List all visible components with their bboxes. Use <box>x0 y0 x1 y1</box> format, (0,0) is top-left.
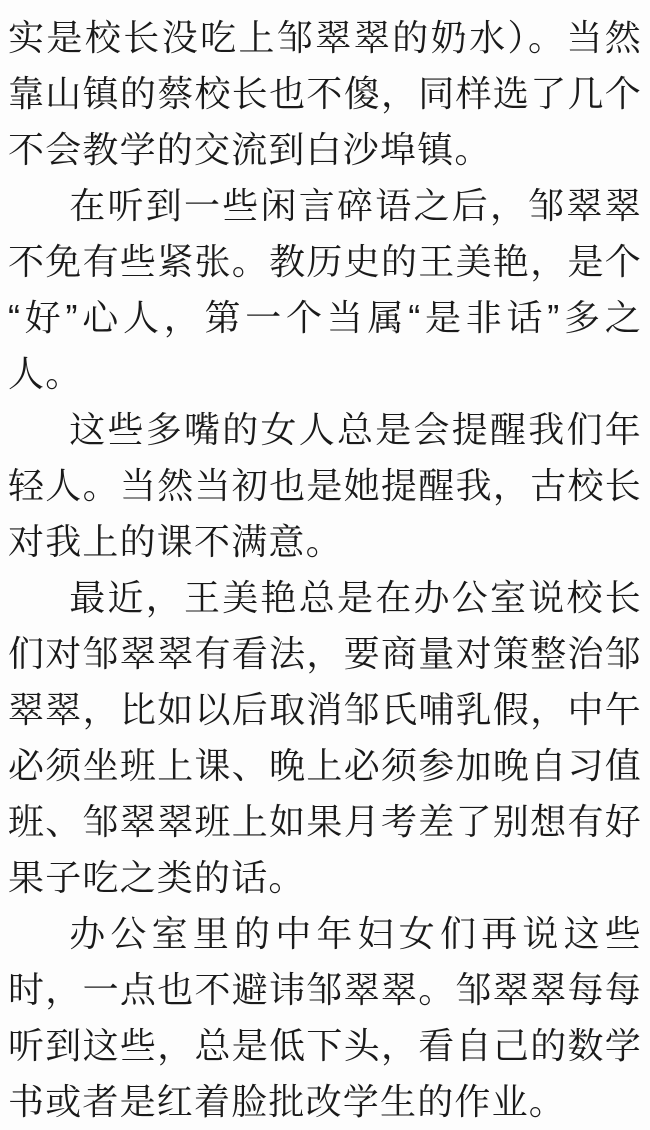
text-page: 实是校长没吃上邹翠翠的奶水）。当然靠山镇的蔡校长也不傻，同样选了几个不会教学的交… <box>0 0 650 1130</box>
paragraph: 在听到一些闲言碎语之后，邹翠翠不免有些紧张。教历史的王美艳，是个“好”心人，第一… <box>8 178 642 402</box>
paragraph: 办公室里的中年妇女们再说这些时，一点也不避讳邹翠翠。邹翠翠每每听到这些，总是低下… <box>8 906 642 1130</box>
paragraph: 这些多嘴的女人总是会提醒我们年轻人。当然当初也是她提醒我，古校长对我上的课不满意… <box>8 402 642 570</box>
paragraph: 实是校长没吃上邹翠翠的奶水）。当然靠山镇的蔡校长也不傻，同样选了几个不会教学的交… <box>8 10 642 178</box>
paragraph: 最近，王美艳总是在办公室说校长们对邹翠翠有看法，要商量对策整治邹翠翠，比如以后取… <box>8 570 642 906</box>
